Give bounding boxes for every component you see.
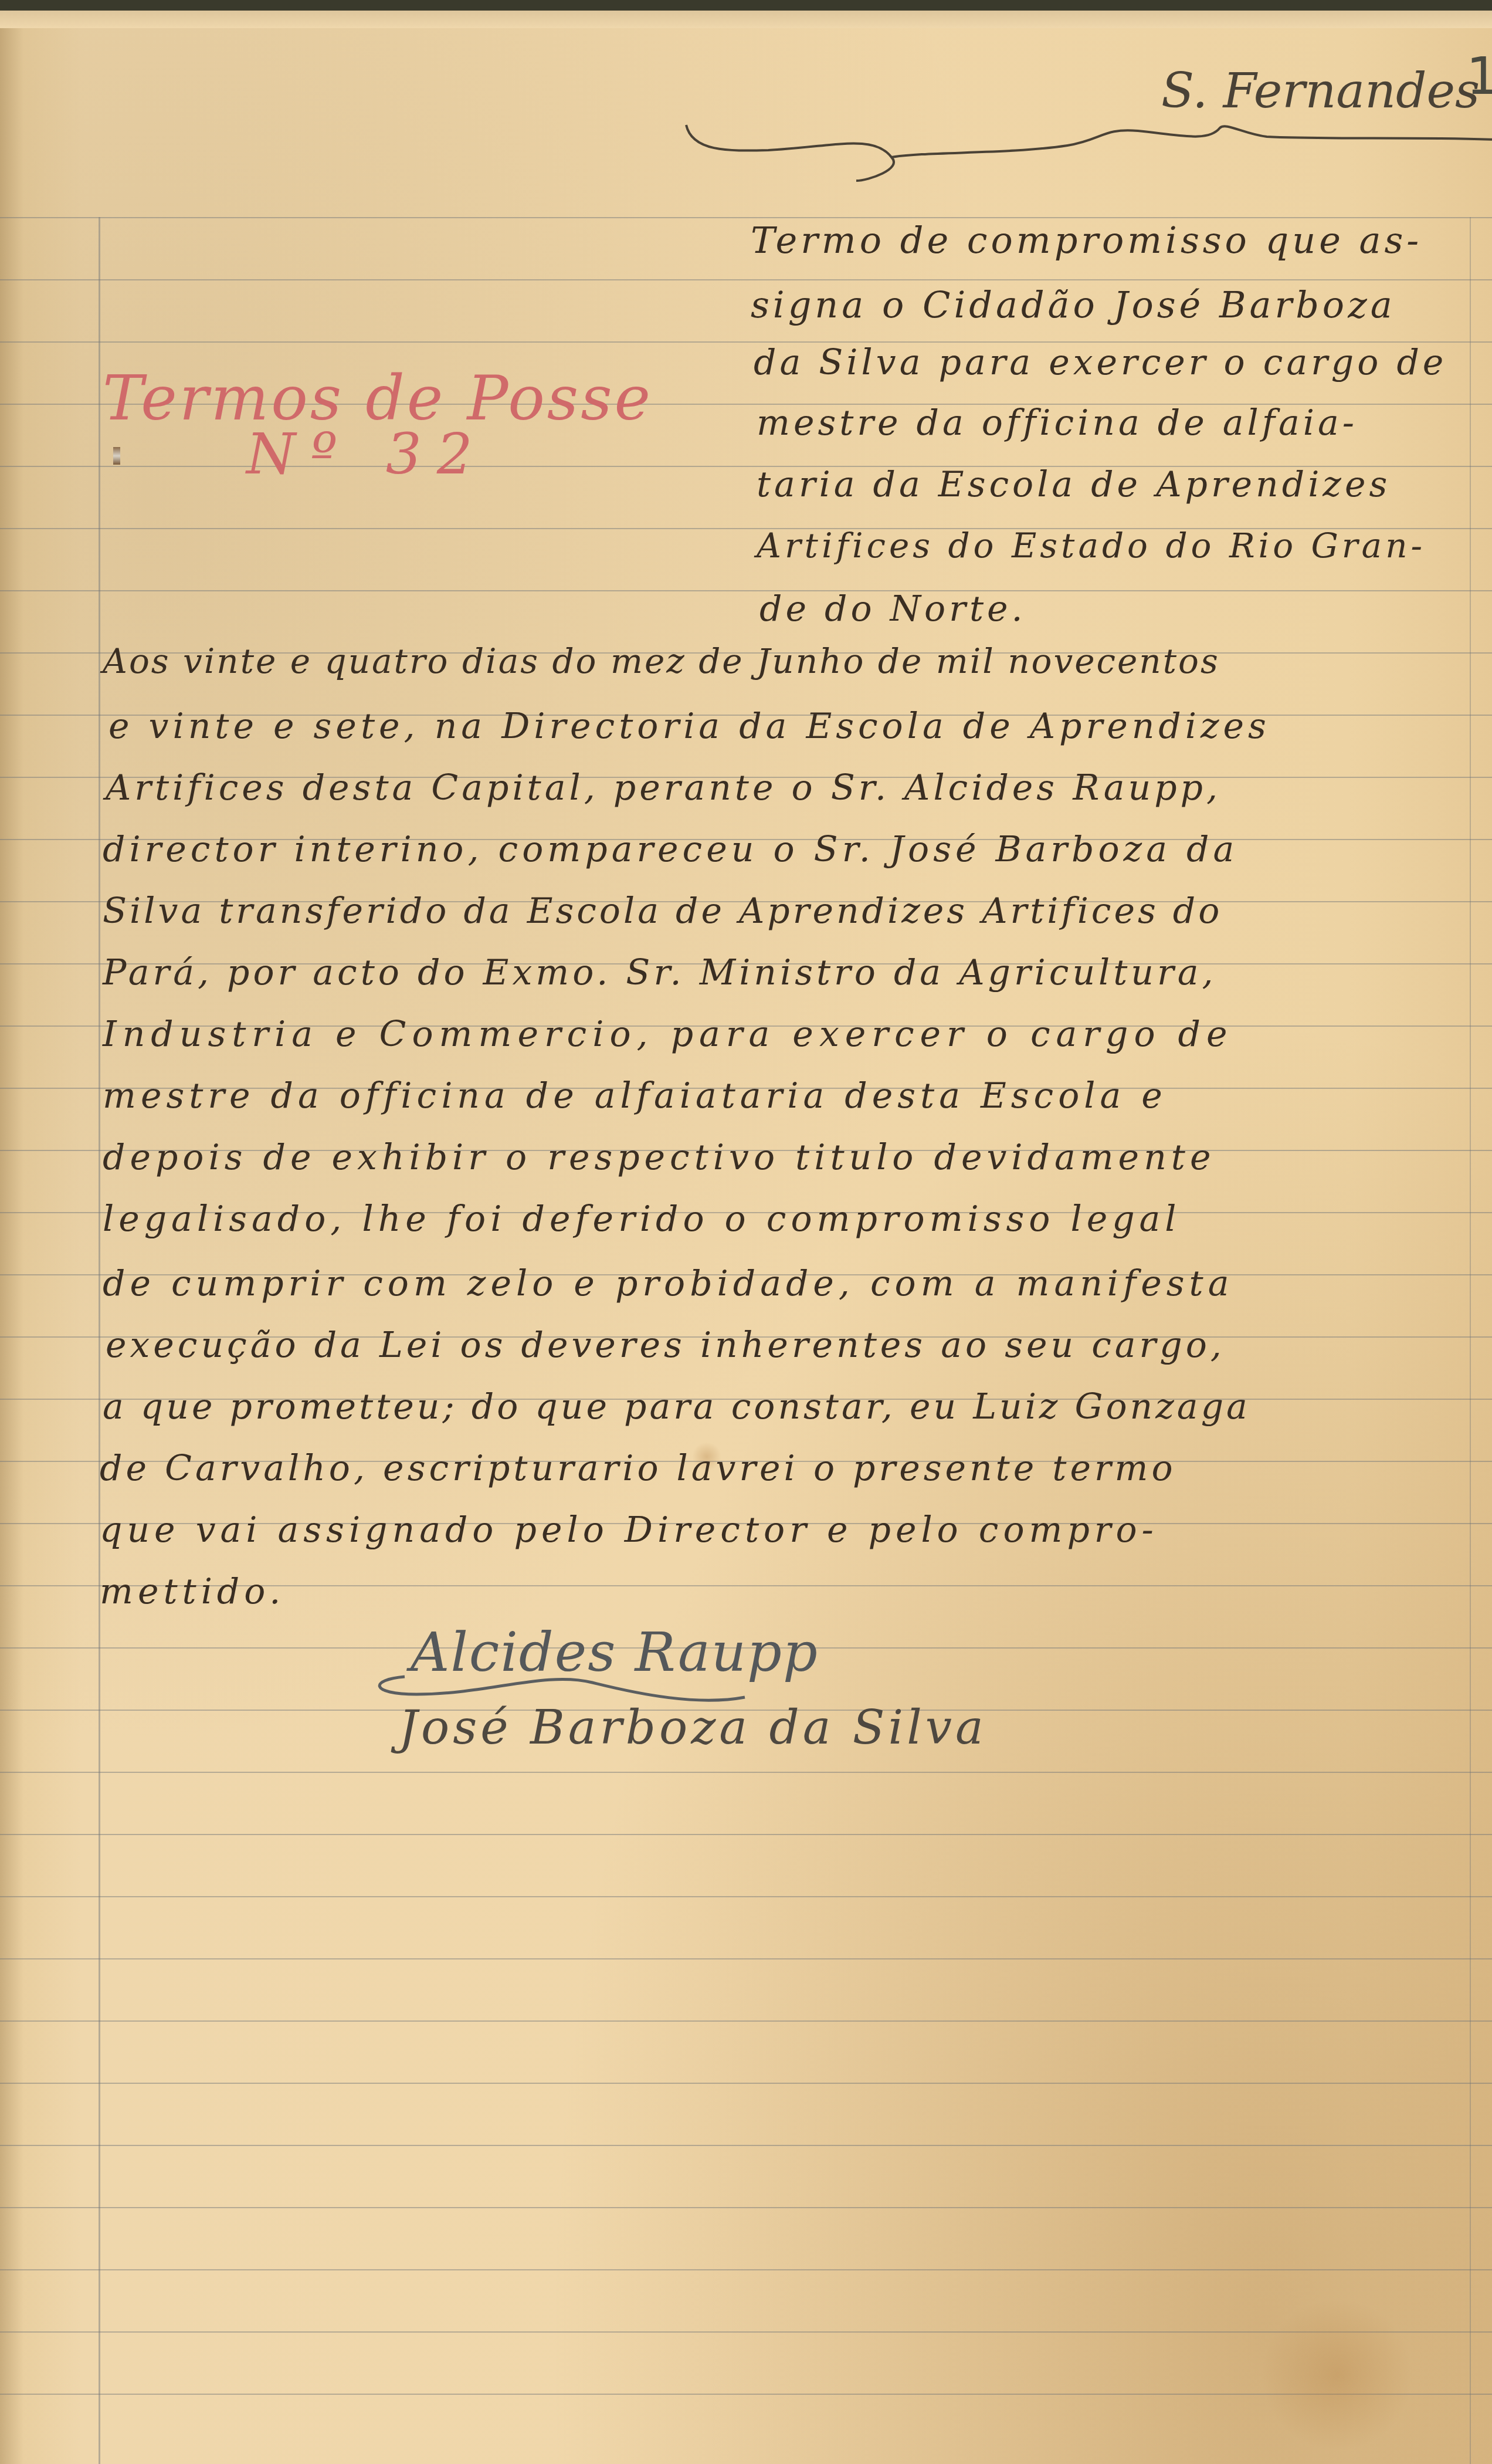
body-line: execução da Lei os deveres inherentes ao…: [106, 1325, 1225, 1366]
title-line-2: Nº 32: [246, 421, 488, 487]
heading-line: da Silva para exercer o cargo de: [754, 342, 1447, 383]
heading-line: mestre da officina de alfaia-: [757, 402, 1358, 444]
left-margin-line: [99, 217, 100, 2464]
heading-line: Artifices do Estado do Rio Gran-: [757, 526, 1426, 566]
heading-line: taria da Escola de Aprendizes: [757, 464, 1391, 505]
signature-appointee: José Barboza da Silva: [399, 1700, 987, 1755]
body-line: Industria e Commercio, para exercer o ca…: [103, 1014, 1233, 1055]
body-line: mestre da officina de alfaiataria desta …: [103, 1075, 1167, 1116]
body-line: de cumprir com zelo e probidade, com a m…: [103, 1263, 1233, 1304]
right-margin-line: [1470, 217, 1471, 2464]
metal-clip-fragment: [113, 447, 120, 465]
body-line: Aos vinte e quatro dias do mez de Junho …: [103, 641, 1220, 681]
body-line: legalisado, lhe foi deferido o compromis…: [103, 1199, 1181, 1240]
folio-number: 1: [1466, 46, 1492, 106]
body-line: que vai assignado pelo Director e pelo c…: [100, 1509, 1158, 1551]
body-line: depois de exhibir o respectivo titulo de…: [103, 1137, 1215, 1178]
body-line: de Carvalho, escripturario lavrei o pres…: [100, 1448, 1176, 1489]
body-line: director interino, compareceu o Sr. José…: [103, 829, 1238, 870]
body-line: Artifices desta Capital, perante o Sr. A…: [106, 767, 1221, 808]
body-line: Silva transferido da Escola de Aprendize…: [103, 891, 1222, 932]
body-line: mettido.: [100, 1571, 285, 1612]
header-signature: S. Fernandes: [1161, 63, 1480, 119]
heading-line: Termo de compromisso que as-: [751, 219, 1422, 262]
body-line: Pará, por acto do Exmo. Sr. Ministro da …: [103, 952, 1217, 993]
heading-line: signa o Cidadão José Barboza: [751, 283, 1396, 326]
body-line: a que prometteu; do que para constar, eu…: [103, 1386, 1250, 1427]
ledger-page: S. Fernandes 1 Termos de Posse Nº 32 Ter…: [0, 11, 1492, 2464]
body-line: e vinte e sete, na Directoria da Escola …: [108, 706, 1270, 747]
paper-stain: [1261, 2299, 1413, 2451]
heading-line: de do Norte.: [759, 588, 1026, 629]
